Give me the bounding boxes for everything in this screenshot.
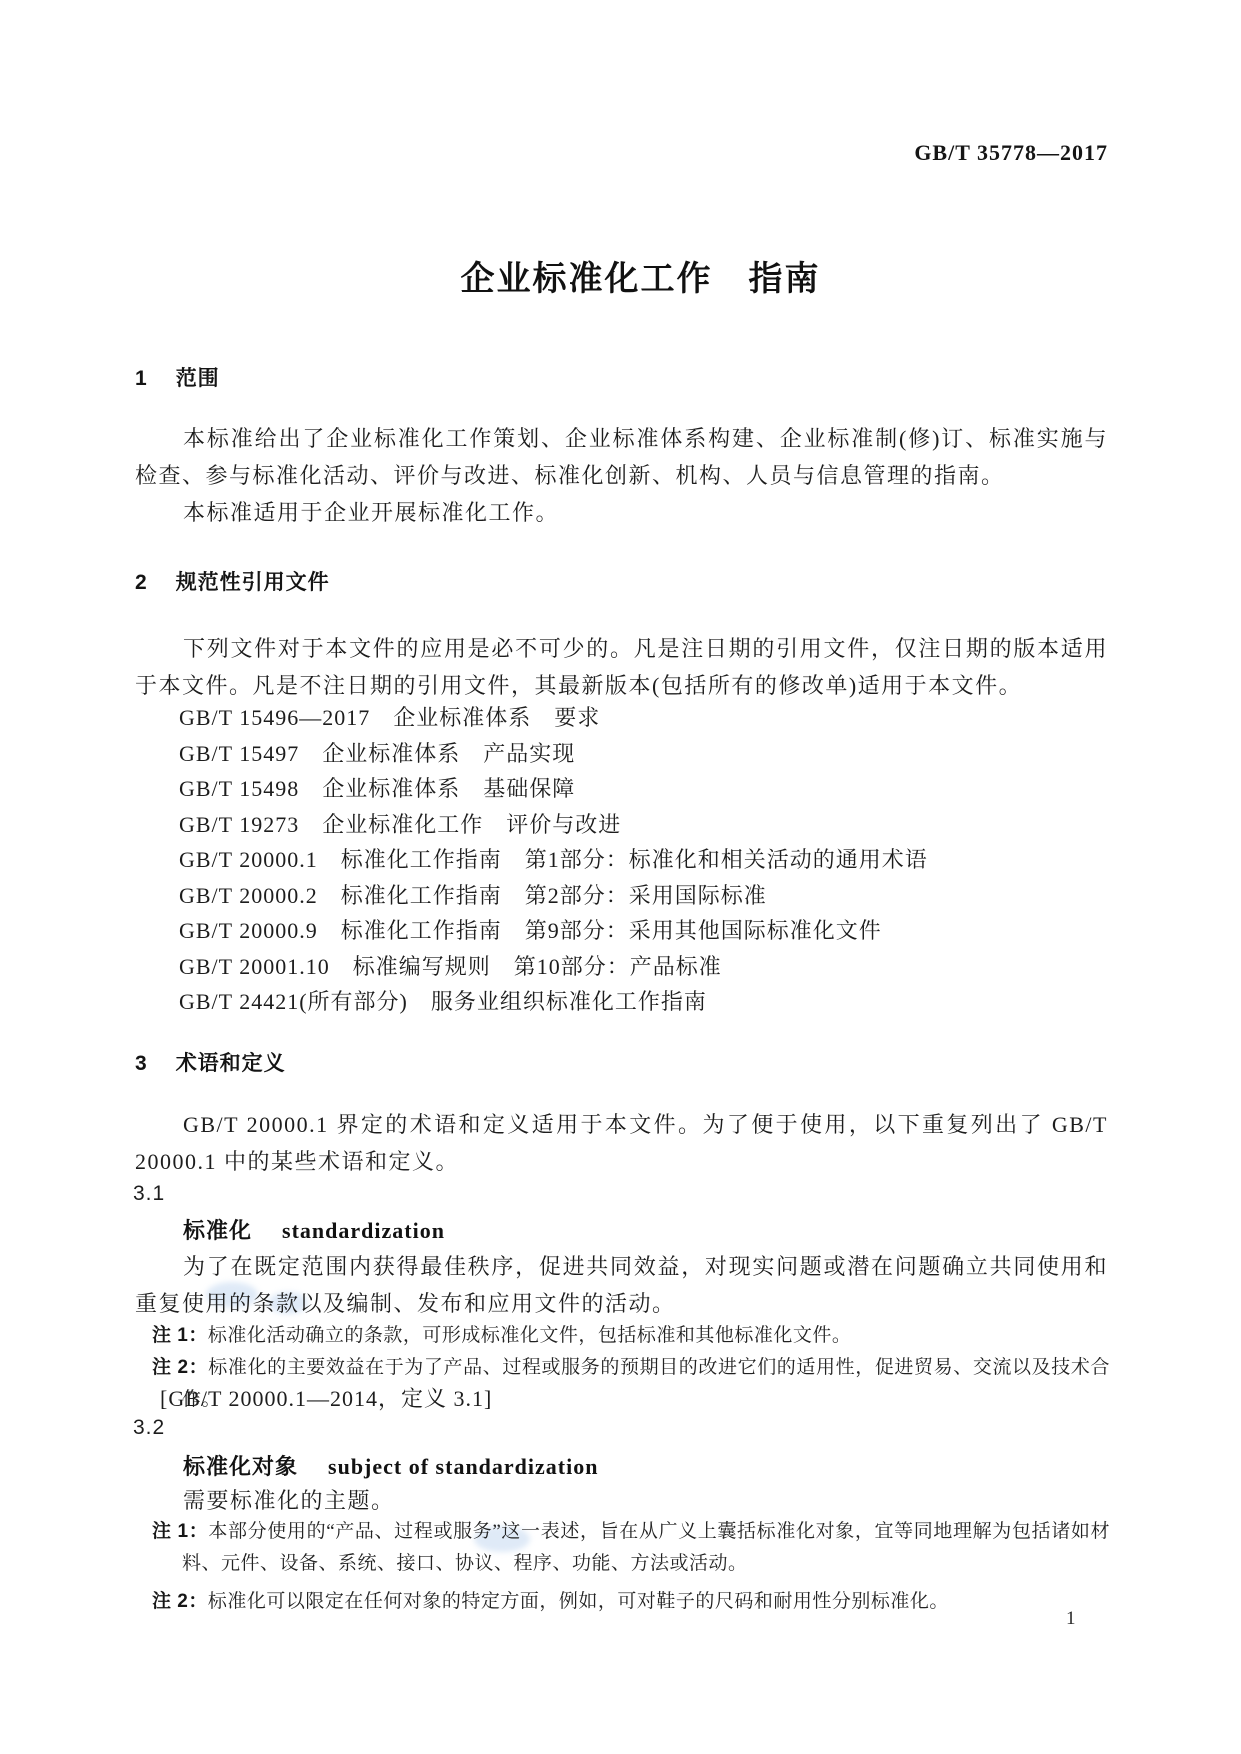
note-label: 注 1： [152, 1325, 208, 1346]
term-3-1-definition: 为了在既定范围内获得最佳秩序，促进共同效益，对现实问题或潜在问题确立共同使用和重… [135, 1248, 1108, 1322]
clause-3-1-number: 3.1 [133, 1182, 165, 1206]
note-text: 本部分使用的“产品、过程或服务”这一表述，旨在从广义上囊括标准化对象，宜等同地理… [182, 1521, 1110, 1574]
doc-code: GB/T 35778—2017 [914, 140, 1108, 166]
term-3-1: 标准化standardization [183, 1214, 445, 1245]
term-3-2-note-2: 注 2：标准化可以限定在任何对象的特定方面，例如，可对鞋子的尺码和耐用性分别标准… [152, 1586, 1110, 1618]
term-3-1-source: [GB/T 20000.1—2014，定义 3.1] [160, 1382, 492, 1413]
ref-item: GB/T 20000.9 标准化工作指南 第9部分：采用其他国际标准化文件 [179, 913, 1109, 949]
section-2-number: 2 [135, 571, 148, 595]
ref-item: GB/T 24421(所有部分) 服务业组织标准化工作指南 [179, 984, 1109, 1020]
term-3-2: 标准化对象subject of standardization [183, 1450, 598, 1481]
ref-item: GB/T 20000.1 标准化工作指南 第1部分：标准化和相关活动的通用术语 [179, 842, 1109, 878]
term-3-2-zh: 标准化对象 [183, 1454, 298, 1479]
term-3-1-en: standardization [282, 1218, 445, 1243]
normative-ref-list: GB/T 15496—2017 企业标准体系 要求 GB/T 15497 企业标… [179, 700, 1109, 1020]
doc-title: 企业标准化工作 指南 [40, 251, 1241, 300]
ref-item: GB/T 15496—2017 企业标准体系 要求 [179, 700, 1109, 736]
section-2-heading: 2规范性引用文件 [135, 566, 330, 596]
note-text: 标准化活动确立的条款，可形成标准化文件，包括标准和其他标准化文件。 [208, 1325, 852, 1346]
note-label: 注 2： [152, 1591, 208, 1612]
term-3-1-zh: 标准化 [183, 1218, 252, 1243]
ref-item: GB/T 20001.10 标准编写规则 第10部分：产品标准 [179, 949, 1109, 985]
scope-paragraph-2: 本标准适用于企业开展标准化工作。 [135, 494, 1108, 531]
note-label: 注 2： [152, 1357, 208, 1378]
section-1-label: 范围 [176, 367, 220, 390]
term-3-2-note-1: 注 1：本部分使用的“产品、过程或服务”这一表述，旨在从广义上囊括标准化对象，宜… [152, 1516, 1110, 1580]
term-3-2-definition: 需要标准化的主题。 [183, 1482, 1108, 1519]
document-page: GB/T 35778—2017 企业标准化工作 指南 1范围 本标准给出了企业标… [0, 0, 1241, 1754]
note-label: 注 1： [152, 1521, 208, 1542]
section-3-number: 3 [135, 1052, 148, 1076]
term-3-2-en: subject of standardization [328, 1454, 598, 1479]
section-3-label: 术语和定义 [176, 1052, 286, 1075]
ref-item: GB/T 20000.2 标准化工作指南 第2部分：采用国际标准 [179, 878, 1109, 914]
ref-item: GB/T 15497 企业标准体系 产品实现 [179, 736, 1109, 772]
terms-intro: GB/T 20000.1 界定的术语和定义适用于本文件。为了便于使用，以下重复列… [135, 1106, 1108, 1180]
term-3-1-note-1: 注 1：标准化活动确立的条款，可形成标准化文件，包括标准和其他标准化文件。 [152, 1320, 1110, 1352]
scope-paragraph-1: 本标准给出了企业标准化工作策划、企业标准体系构建、企业标准制(修)订、标准实施与… [135, 420, 1108, 494]
ref-item: GB/T 19273 企业标准化工作 评价与改进 [179, 807, 1109, 843]
section-1-heading: 1范围 [135, 362, 220, 392]
section-3-heading: 3术语和定义 [135, 1047, 286, 1077]
note-text: 标准化可以限定在任何对象的特定方面，例如，可对鞋子的尺码和耐用性分别标准化。 [208, 1591, 949, 1612]
clause-3-2-number: 3.2 [133, 1416, 165, 1440]
section-2-label: 规范性引用文件 [176, 571, 330, 594]
page-number: 1 [1066, 1608, 1076, 1630]
ref-item: GB/T 15498 企业标准体系 基础保障 [179, 771, 1109, 807]
normative-refs-intro: 下列文件对于本文件的应用是必不可少的。凡是注日期的引用文件，仅注日期的版本适用于… [135, 630, 1108, 704]
section-1-number: 1 [135, 367, 148, 391]
